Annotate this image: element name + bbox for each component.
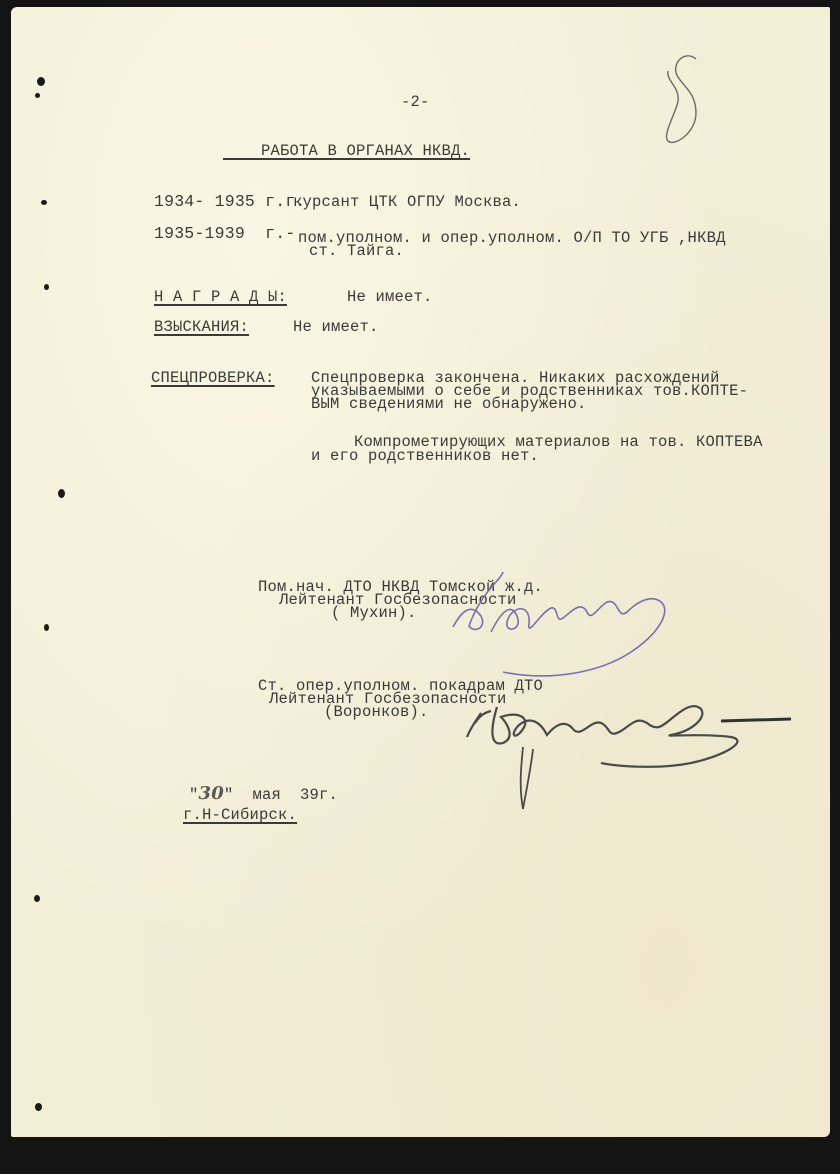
punch-mark [35, 93, 40, 98]
punch-mark [34, 895, 40, 902]
section-title: РАБОТА В ОРГАНАХ НКВД. [223, 144, 470, 158]
special-check-line: ВЫМ сведениями не обнаружено. [311, 397, 587, 411]
punch-mark [35, 1103, 42, 1111]
punch-mark [44, 624, 49, 631]
special-check-label: СПЕЦПРОВЕРКА: [151, 371, 275, 385]
penalties-label: ВЗЫСКАНИЯ: [154, 320, 249, 334]
service-record-text-line2: ст. Тайга. [309, 244, 404, 258]
signature-pencil [461, 687, 801, 817]
date-quote-open: " [189, 786, 199, 804]
service-record-period: 1935-1939 г.- [154, 227, 295, 241]
service-record-period: 1934- 1935 г.г. [154, 195, 306, 209]
penalties-value: Не имеет. [293, 320, 379, 334]
service-record-text: курсант ЦТК ОГПУ Москва. [293, 195, 521, 209]
awards-value: Не имеет. [347, 290, 433, 304]
signature-violet-ink [431, 572, 711, 682]
date-quote-close: " [224, 786, 234, 804]
signatory-2-name: (Воронков). [324, 705, 429, 719]
date-day-handwritten: 30 [199, 783, 224, 804]
special-check-line: и его родственников нет. [311, 449, 539, 463]
place: г.Н-Сибирск. [183, 808, 297, 822]
punch-mark [58, 489, 65, 498]
page-number: -2- [401, 95, 430, 109]
punch-mark [41, 200, 47, 205]
punch-mark [37, 77, 45, 86]
archive-sheet-number-handwritten [654, 51, 714, 151]
document-page: -2- РАБОТА В ОРГАНАХ НКВД. 1934- 1935 г.… [11, 7, 830, 1137]
signatory-1-name: ( Мухин). [331, 606, 417, 620]
awards-label: Н А Г Р А Д Ы: [154, 290, 287, 304]
punch-mark [44, 284, 49, 290]
date-rest: мая 39г. [253, 786, 339, 804]
